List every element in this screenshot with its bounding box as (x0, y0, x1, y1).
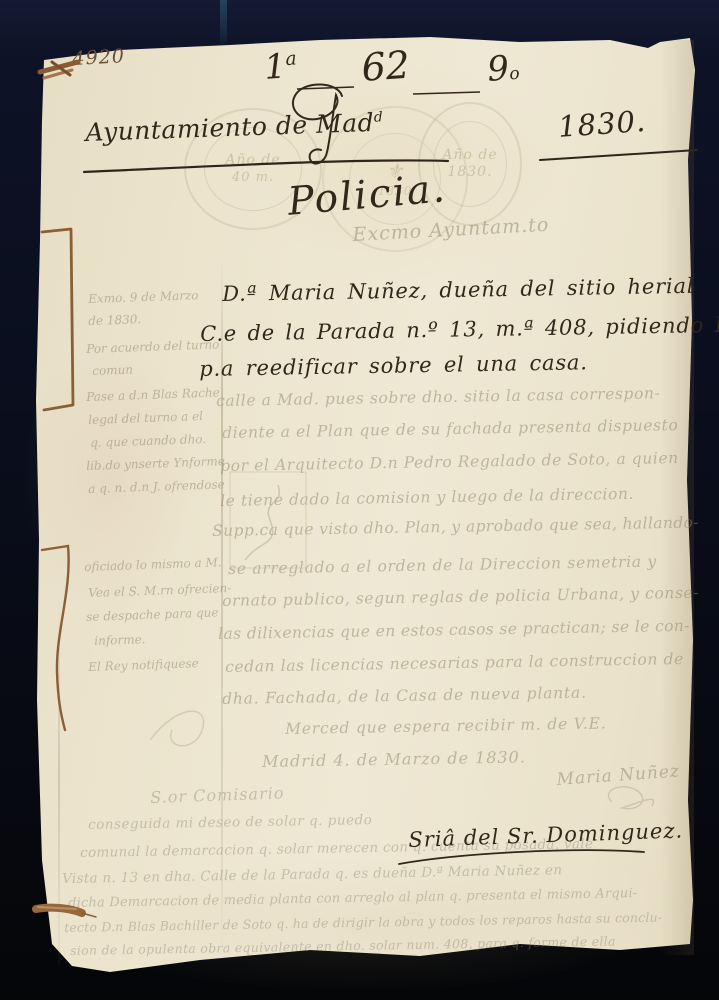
scanned-document-photo: Año de 40 m. ⚜ 1830 Año de 1830. Excmo A… (0, 0, 719, 1000)
rubric-flourish (293, 84, 342, 163)
ghost-paraph (150, 711, 204, 746)
office-underline (84, 160, 448, 172)
year-underline (540, 150, 697, 160)
ghost-signature-paraph (609, 787, 654, 809)
binding-thread-stitch (42, 229, 73, 410)
binding-thread-stitch (42, 546, 69, 730)
ghost-paraph (245, 485, 279, 560)
signature-underline (399, 850, 644, 864)
ink-strokes-overlay (0, 0, 719, 1000)
ghost-stamp-box (230, 472, 306, 568)
rule-line (413, 92, 480, 94)
